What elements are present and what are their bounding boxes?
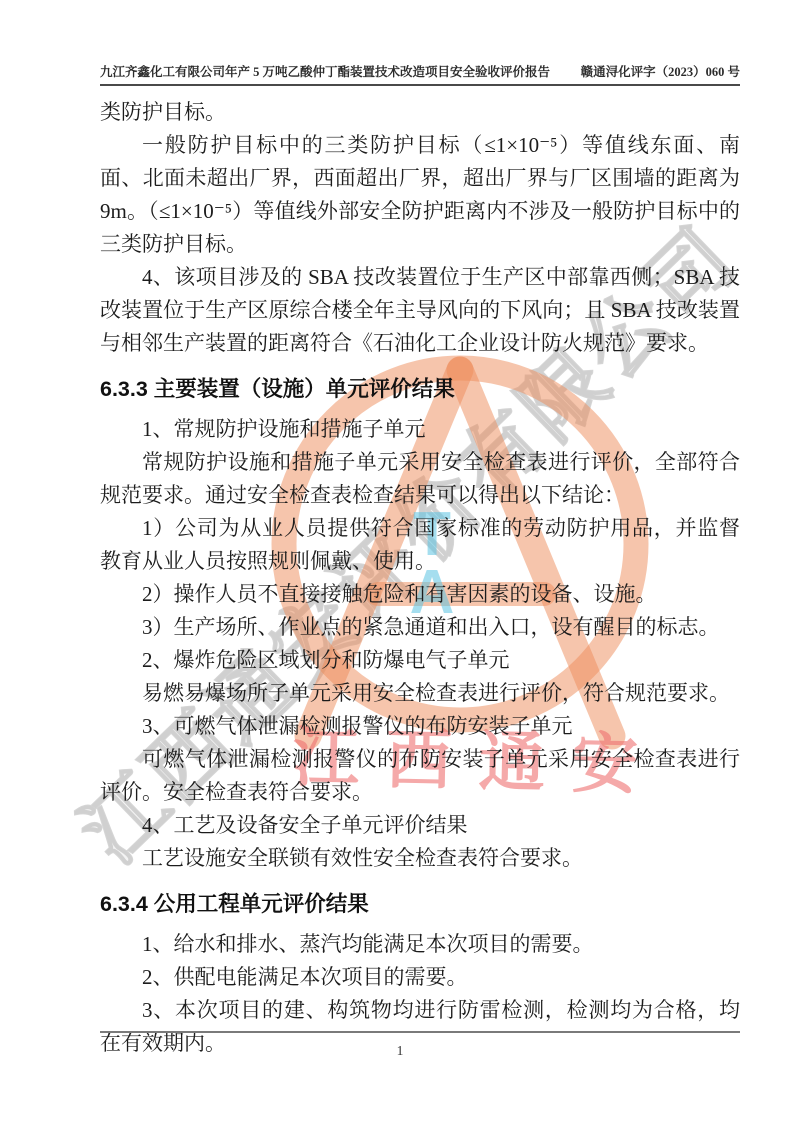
paragraph: 3）生产场所、作业点的紧急通道和出入口，设有醒目的标志。 <box>100 611 740 644</box>
paragraph: 4、工艺及设备安全子单元评价结果 <box>100 809 740 842</box>
paragraph: 2）操作人员不直接接触危险和有害因素的设备、设施。 <box>100 578 740 611</box>
page-header: 九江齐鑫化工有限公司年产 5 万吨乙酸仲丁酯装置技术改造项目安全验收评价报告 赣… <box>100 62 740 86</box>
header-report-title: 九江齐鑫化工有限公司年产 5 万吨乙酸仲丁酯装置技术改造项目安全验收评价报告 <box>100 62 550 80</box>
paragraph: 4、该项目涉及的 SBA 技改装置位于生产区中部靠西侧；SBA 技改装置位于生产… <box>100 261 740 360</box>
paragraph: 类防护目标。 <box>100 96 740 129</box>
paragraph: 2、爆炸危险区域划分和防爆电气子单元 <box>100 644 740 677</box>
document-page: 江西通安评价有限公司 T A 江西通安 九江齐鑫化工有限公司年产 5 万吨乙酸仲… <box>0 0 800 1131</box>
paragraph: 常规防护设施和措施子单元采用安全检查表进行评价，全部符合规范要求。通过安全检查表… <box>100 446 740 512</box>
paragraph: 1、常规防护设施和措施子单元 <box>100 413 740 446</box>
paragraph: 一般防护目标中的三类防护目标（≤1×10⁻⁵）等值线东面、南面、北面未超出厂界，… <box>100 129 740 261</box>
section-heading-6-3-3: 6.3.3 主要装置（设施）单元评价结果 <box>100 373 740 405</box>
footer-divider <box>100 1031 740 1033</box>
paragraph: 可燃气体泄漏检测报警仪的布防安装子单元采用安全检查表进行评价。安全检查表符合要求… <box>100 743 740 809</box>
page-number: 1 <box>0 1043 800 1059</box>
paragraph: 1、给水和排水、蒸汽均能满足本次项目的需要。 <box>100 928 740 961</box>
document-body: 类防护目标。 一般防护目标中的三类防护目标（≤1×10⁻⁵）等值线东面、南面、北… <box>100 96 740 1060</box>
paragraph: 工艺设施安全联锁有效性安全检查表符合要求。 <box>100 842 740 875</box>
paragraph: 1）公司为从业人员提供符合国家标准的劳动防护用品，并监督教育从业人员按照规则佩戴… <box>100 512 740 578</box>
header-doc-number: 赣通浔化评字（2023）060 号 <box>581 62 740 80</box>
paragraph: 2、供配电能满足本次项目的需要。 <box>100 961 740 994</box>
paragraph: 易燃易爆场所子单元采用安全检查表进行评价，符合规范要求。 <box>100 677 740 710</box>
paragraph: 3、可燃气体泄漏检测报警仪的布防安装子单元 <box>100 710 740 743</box>
section-heading-6-3-4: 6.3.4 公用工程单元评价结果 <box>100 888 740 920</box>
